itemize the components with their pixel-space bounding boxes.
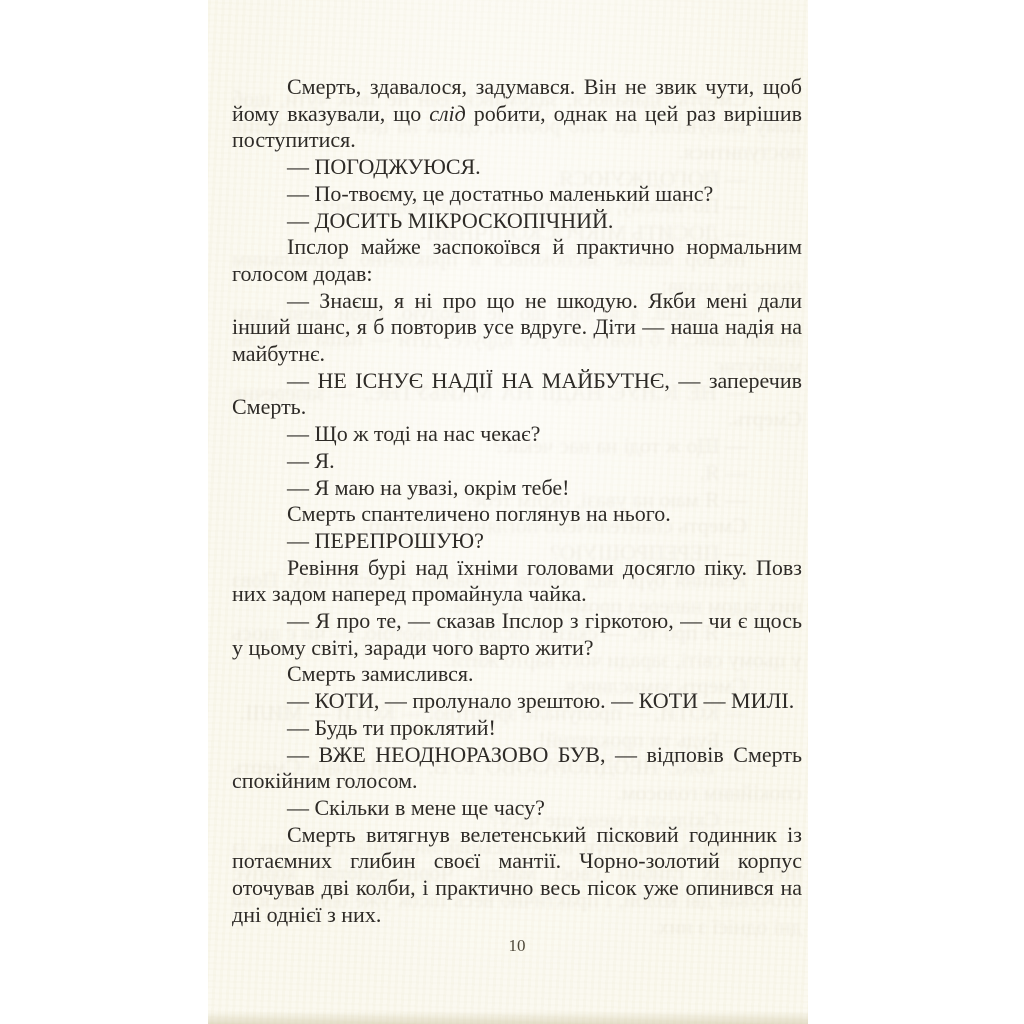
paragraph: — ВЖЕ НЕОДНОРАЗОВО БУВ, — відповів Смерт…: [232, 742, 802, 795]
paragraph: — ПОГОДЖУЮСЯ.: [232, 154, 802, 181]
paragraph: Іпслор майже заспокоївся й практично нор…: [232, 234, 802, 287]
paragraph: — КОТИ, — пролунало зрештою. — КОТИ — МИ…: [232, 688, 802, 715]
body-text: Смерть, здавалося, задумався. Він не зви…: [232, 74, 802, 929]
page-number: 10: [232, 936, 802, 956]
paragraph: — ДОСИТЬ МІКРОСКОПІЧНИЙ.: [232, 208, 802, 235]
paragraph: — Я про те, — сказав Іпслор з гіркотою, …: [232, 608, 802, 661]
paragraph: — По-твоєму, це достатньо маленький шанс…: [232, 181, 802, 208]
paragraph: Смерть, здавалося, задумався. Він не зви…: [232, 74, 802, 154]
paragraph: — ПЕРЕПРОШУЮ?: [232, 528, 802, 555]
paragraph: — Що ж тоді на нас чекає?: [232, 421, 802, 448]
paragraph: Смерть спантеличено поглянув на нього.: [232, 501, 802, 528]
paragraph: — Я.: [232, 448, 802, 475]
paragraph: — Скільки в мене ще часу?: [232, 795, 802, 822]
paragraph: — Я маю на увазі, окрім тебе!: [232, 475, 802, 502]
paragraph: Смерть замислився.: [232, 661, 802, 688]
paragraph: — НЕ ІСНУЄ НАДІЇ НА МАЙБУТНЄ, — заперечи…: [232, 368, 802, 421]
paragraph: — Знаєш, я ні про що не шкодую. Якби мен…: [232, 288, 802, 368]
paragraph: Смерть витягнув велетенський пісковий го…: [232, 822, 802, 929]
paragraph: Ревіння бурі над їхніми головами досягло…: [232, 555, 802, 608]
scanned-book-page: Смерть, здавалося, задумався. Він не зви…: [208, 0, 808, 1024]
paragraph: — Будь ти проклятий!: [232, 715, 802, 742]
